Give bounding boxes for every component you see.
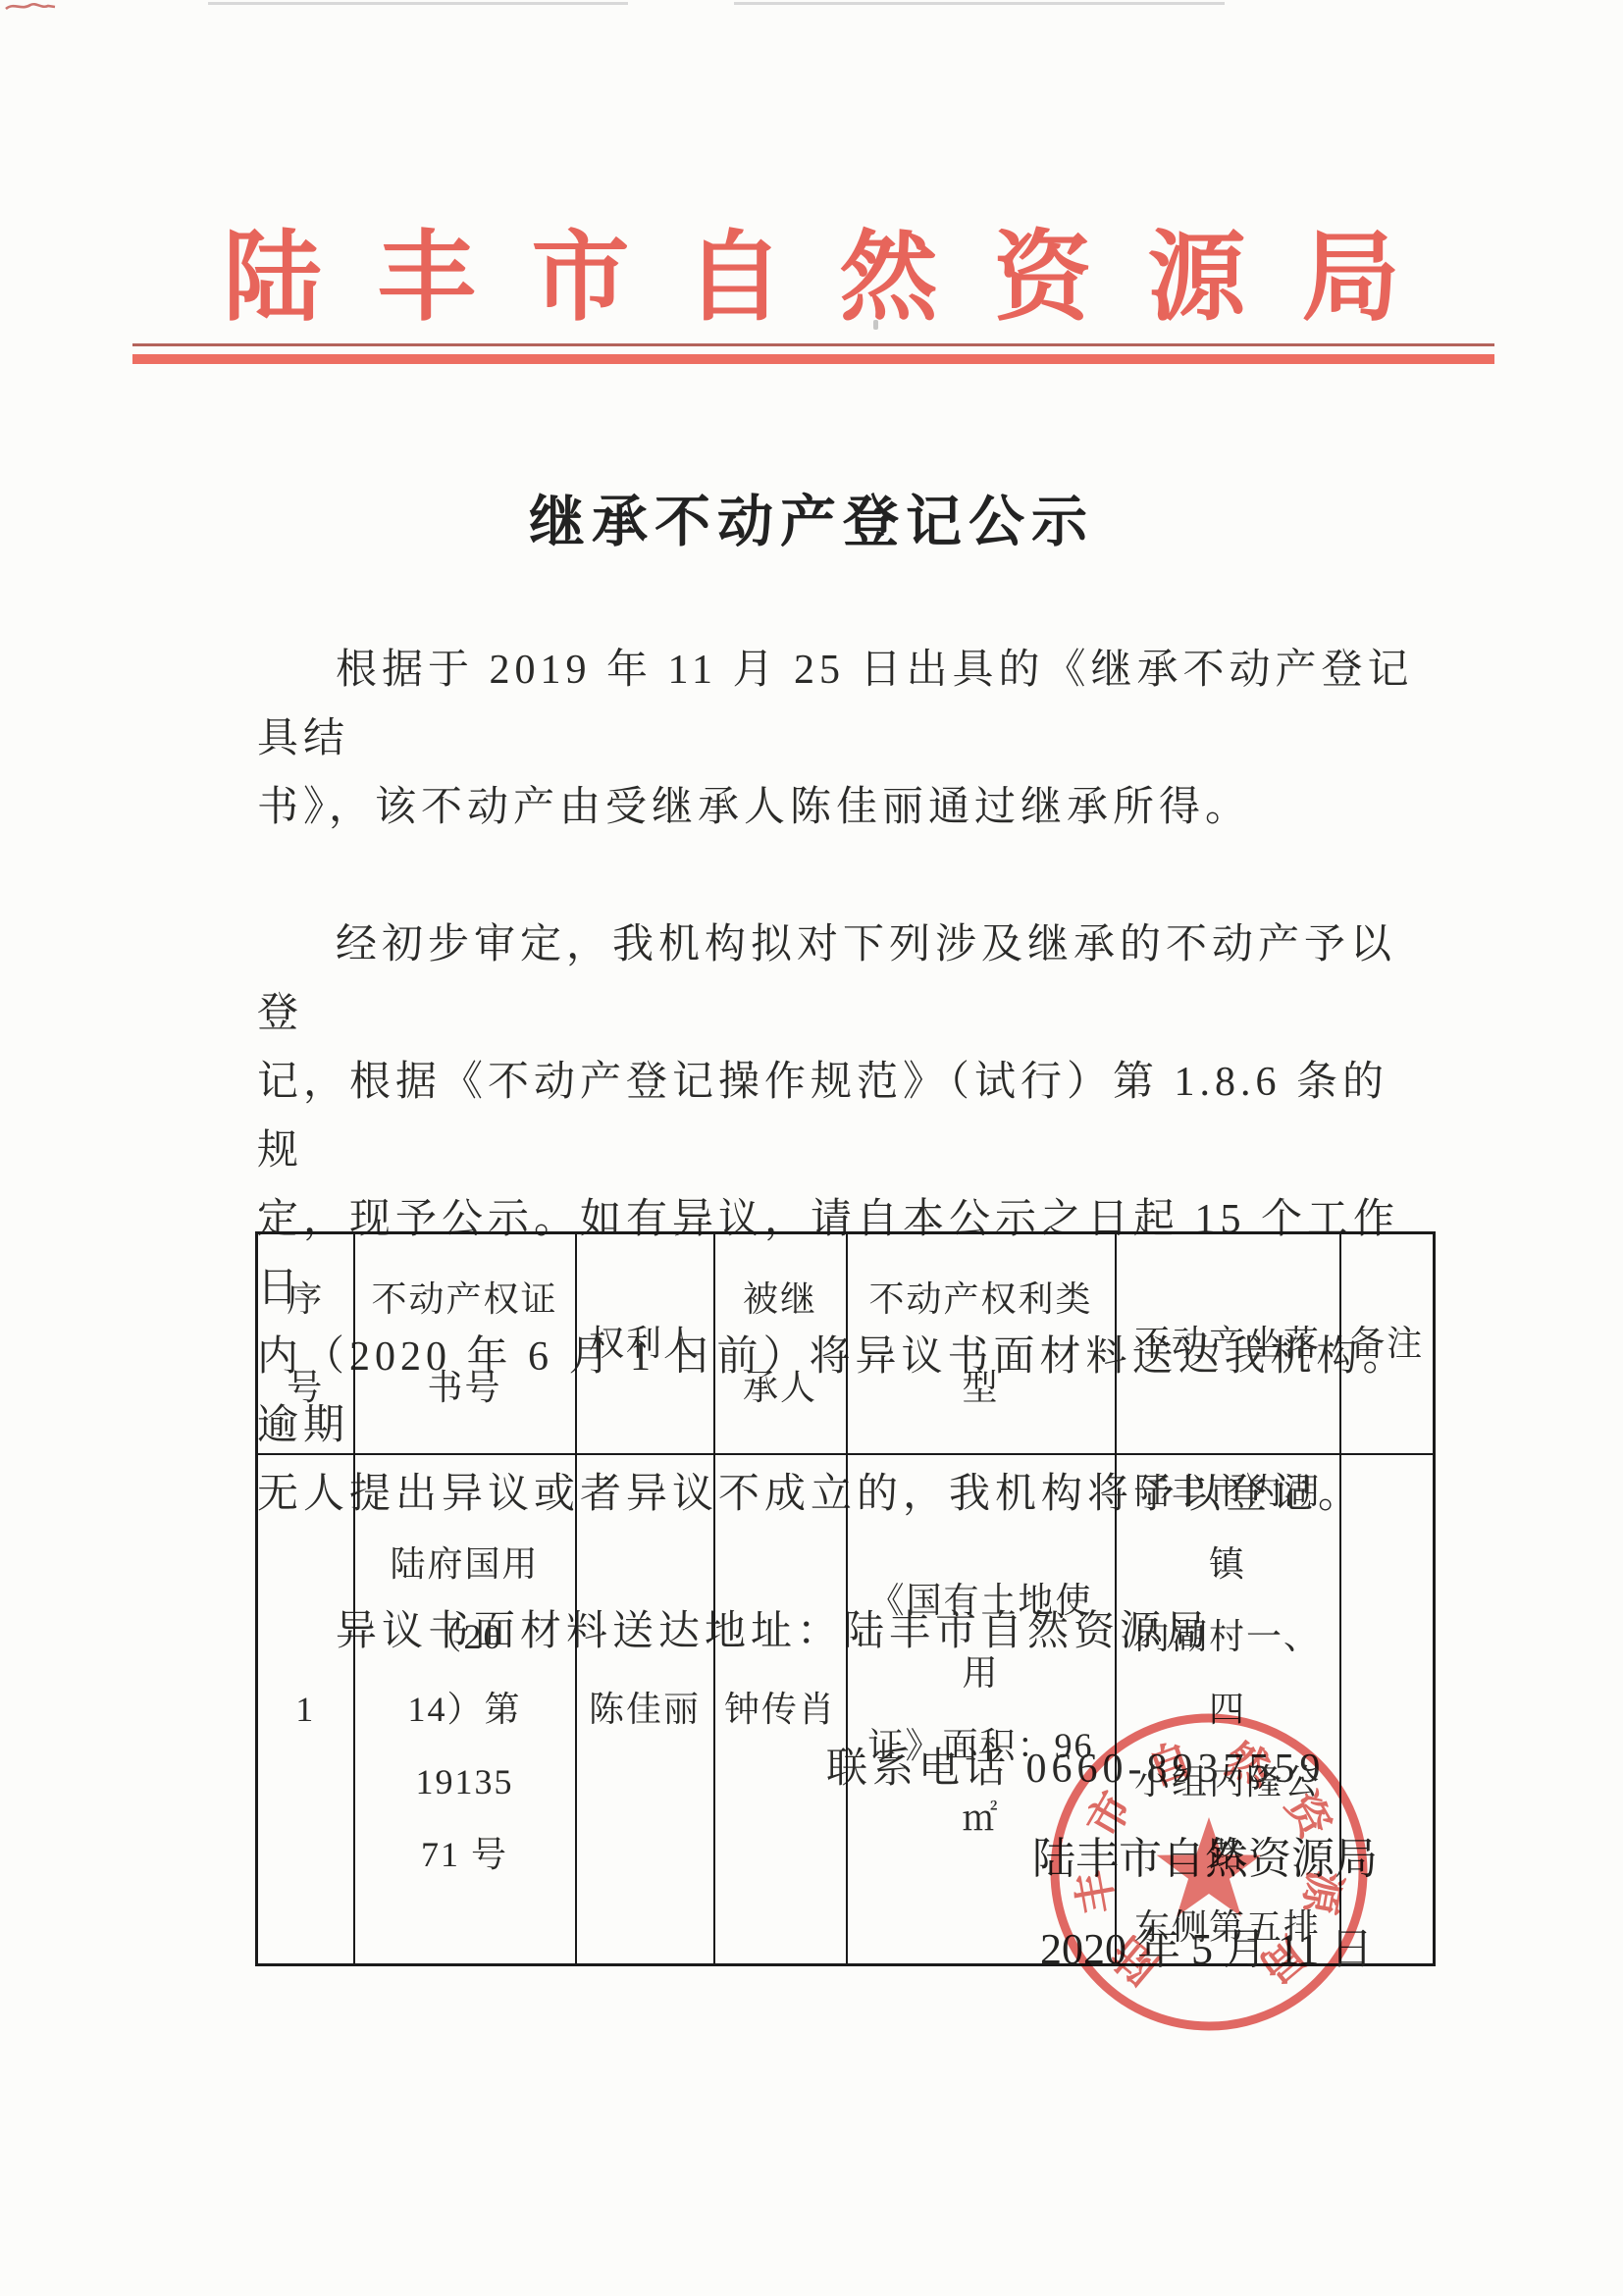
col-header-right-type: 不动产权利类型	[847, 1233, 1116, 1454]
col-header-location: 不动产坐落	[1116, 1233, 1340, 1454]
col-header-remark: 备注	[1340, 1233, 1435, 1454]
col-header-decedent: 被继 承人	[714, 1233, 847, 1454]
cell-decedent: 钟传肖	[714, 1454, 847, 1965]
seal-char: 然	[1220, 1735, 1278, 1795]
seal-char: 陆	[1104, 1927, 1168, 1992]
scan-artifact-line	[208, 2, 628, 5]
seal-char: 源	[1294, 1866, 1349, 1918]
paragraph-basis: 根据于 2019 年 11 月 25 日出具的《继承不动产登记具结 书》，该不动…	[257, 636, 1420, 842]
cell-holder: 陈佳丽	[576, 1454, 714, 1965]
seal-char: 丰	[1069, 1866, 1124, 1917]
official-seal: 陆 丰 市 自 然 资 源 局	[1032, 1696, 1386, 2049]
scan-artifact-line	[734, 2, 1225, 5]
col-header-seq: 序 号	[257, 1233, 354, 1454]
seal-char: 资	[1277, 1784, 1340, 1846]
table-header-row: 序 号 不动产权证 书号 权利人 被继 承人 不动产权利类型 不动产坐落 备注	[257, 1233, 1435, 1454]
cell-cert-no: 陆府国用（20 14）第 19135 71 号	[354, 1454, 576, 1965]
document-title: 继承不动产登记公示	[0, 477, 1623, 557]
col-header-holder: 权利人	[576, 1233, 714, 1454]
seal-char: 市	[1078, 1784, 1141, 1846]
seal-char: 自	[1141, 1735, 1198, 1795]
col-header-cert-no: 不动产权证 书号	[354, 1233, 576, 1454]
seal-star	[1157, 1817, 1262, 1916]
seal-char: 局	[1250, 1927, 1314, 1992]
cell-seq: 1	[257, 1454, 354, 1965]
pen-scribble-mark	[4, 0, 63, 16]
letterhead-rule-thick	[132, 354, 1494, 364]
letterhead-rule-thin	[132, 343, 1494, 346]
letterhead-agency-name: 陆丰市自然资源局	[0, 198, 1623, 339]
document-page: 陆丰市自然资源局 继承不动产登记公示 根据于 2019 年 11 月 25 日出…	[0, 0, 1623, 2296]
